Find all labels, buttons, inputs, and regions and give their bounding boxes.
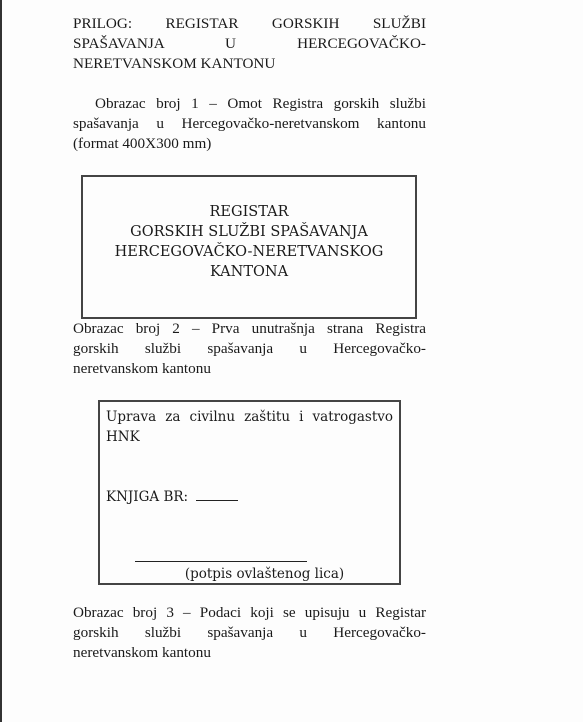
book-number-label: KNJIGA BR: (106, 489, 188, 505)
cover-title-line: GORSKIH SLUŽBI SPAŠAVANJA (83, 222, 415, 242)
annex-heading: PRILOG: REGISTAR GORSKIH SLUŽBI SPAŠAVAN… (73, 14, 426, 74)
organization-abbr: HNK (106, 427, 140, 447)
organization-name: Uprava za civilnu zaštitu i vatrogastvo (106, 407, 393, 427)
caption-line: neretvanskom kantonu (73, 359, 426, 379)
register-cover-box: REGISTAR GORSKIH SLUŽBI SPAŠAVANJA HERCE… (81, 175, 417, 319)
form1-caption: Obrazac broj 1 – Omot Registra gorskih s… (73, 94, 426, 154)
signature-line (135, 561, 307, 562)
book-number-blank (196, 486, 238, 501)
page-left-edge (0, 0, 2, 722)
register-inner-page-box: Uprava za civilnu zaštitu i vatrogastvo … (98, 400, 401, 585)
heading-line: SPAŠAVANJA U HERCEGOVAČKO- (73, 34, 426, 54)
caption-line: Obrazac broj 1 – Omot Registra gorskih s… (73, 94, 426, 114)
form3-caption: Obrazac broj 3 – Podaci koji se upisuju … (73, 603, 426, 663)
caption-line: spašavanja u Hercegovačko-neretvanskom k… (73, 114, 426, 134)
heading-line: NERETVANSKOM KANTONU (73, 54, 426, 74)
cover-title-line: REGISTAR (83, 202, 415, 222)
cover-title-line: KANTONA (83, 262, 415, 282)
book-number-field: KNJIGA BR: (106, 486, 238, 507)
caption-line: gorskih službi spašavanja u Hercegovačko… (73, 339, 426, 359)
caption-line: neretvanskom kantonu (73, 643, 426, 663)
caption-line: Obrazac broj 3 – Podaci koji se upisuju … (73, 603, 426, 623)
cover-title-line: HERCEGOVAČKO-NERETVANSKOG (83, 242, 415, 262)
caption-line: gorskih službi spašavanja u Hercegovačko… (73, 623, 426, 643)
caption-line: (format 400X300 mm) (73, 134, 426, 154)
heading-line: PRILOG: REGISTAR GORSKIH SLUŽBI (73, 14, 426, 34)
form2-caption: Obrazac broj 2 – Prva unutrašnja strana … (73, 319, 426, 379)
caption-line: Obrazac broj 2 – Prva unutrašnja strana … (73, 319, 426, 339)
signature-caption: (potpis ovlaštenog lica) (100, 564, 399, 584)
